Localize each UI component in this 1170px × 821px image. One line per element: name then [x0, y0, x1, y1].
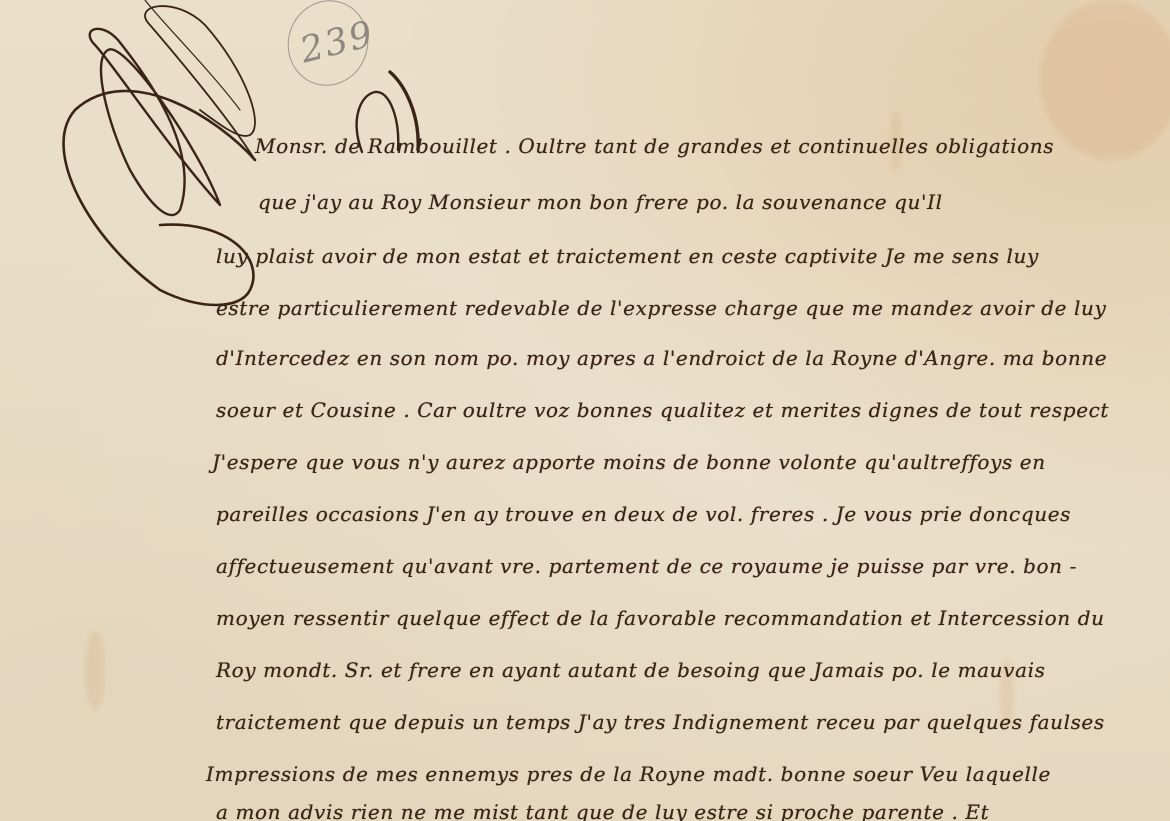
manuscript-line-5: d'Intercedez en son nom po. moy apres a … [216, 346, 1107, 370]
manuscript-line-4: estre particulierement redevable de l'ex… [216, 296, 1106, 320]
manuscript-line-9: affectueusement qu'avant vre. partement … [216, 554, 1077, 578]
manuscript-line-14: a mon advis rien ne me mist tant que de … [216, 800, 989, 821]
manuscript-line-13: Impressions de mes ennemys pres de la Ro… [206, 762, 1051, 786]
paper-stain [85, 630, 105, 710]
paper-stain [1040, 0, 1170, 160]
manuscript-line-1: Monsr. de Rambouillet . Oultre tant de g… [255, 134, 1054, 158]
manuscript-line-11: Roy mondt. Sr. et frere en ayant autant … [216, 658, 1045, 682]
manuscript-line-6: soeur et Cousine . Car oultre voz bonnes… [216, 398, 1109, 422]
manuscript-line-8: pareilles occasions J'en ay trouve en de… [216, 502, 1071, 526]
manuscript-line-2: que j'ay au Roy Monsieur mon bon frere p… [258, 190, 943, 214]
manuscript-page: 239 Monsr. de Rambouillet . Oultre tant … [0, 0, 1170, 821]
initial-m-flourish [0, 0, 420, 330]
manuscript-line-12: traictement que depuis un temps J'ay tre… [216, 710, 1105, 734]
manuscript-line-3: luy plaist avoir de mon estat et traicte… [216, 244, 1039, 268]
manuscript-line-7: J'espere que vous n'y aurez apporte moin… [212, 450, 1046, 474]
manuscript-line-10: moyen ressentir quelque effect de la fav… [216, 606, 1105, 630]
